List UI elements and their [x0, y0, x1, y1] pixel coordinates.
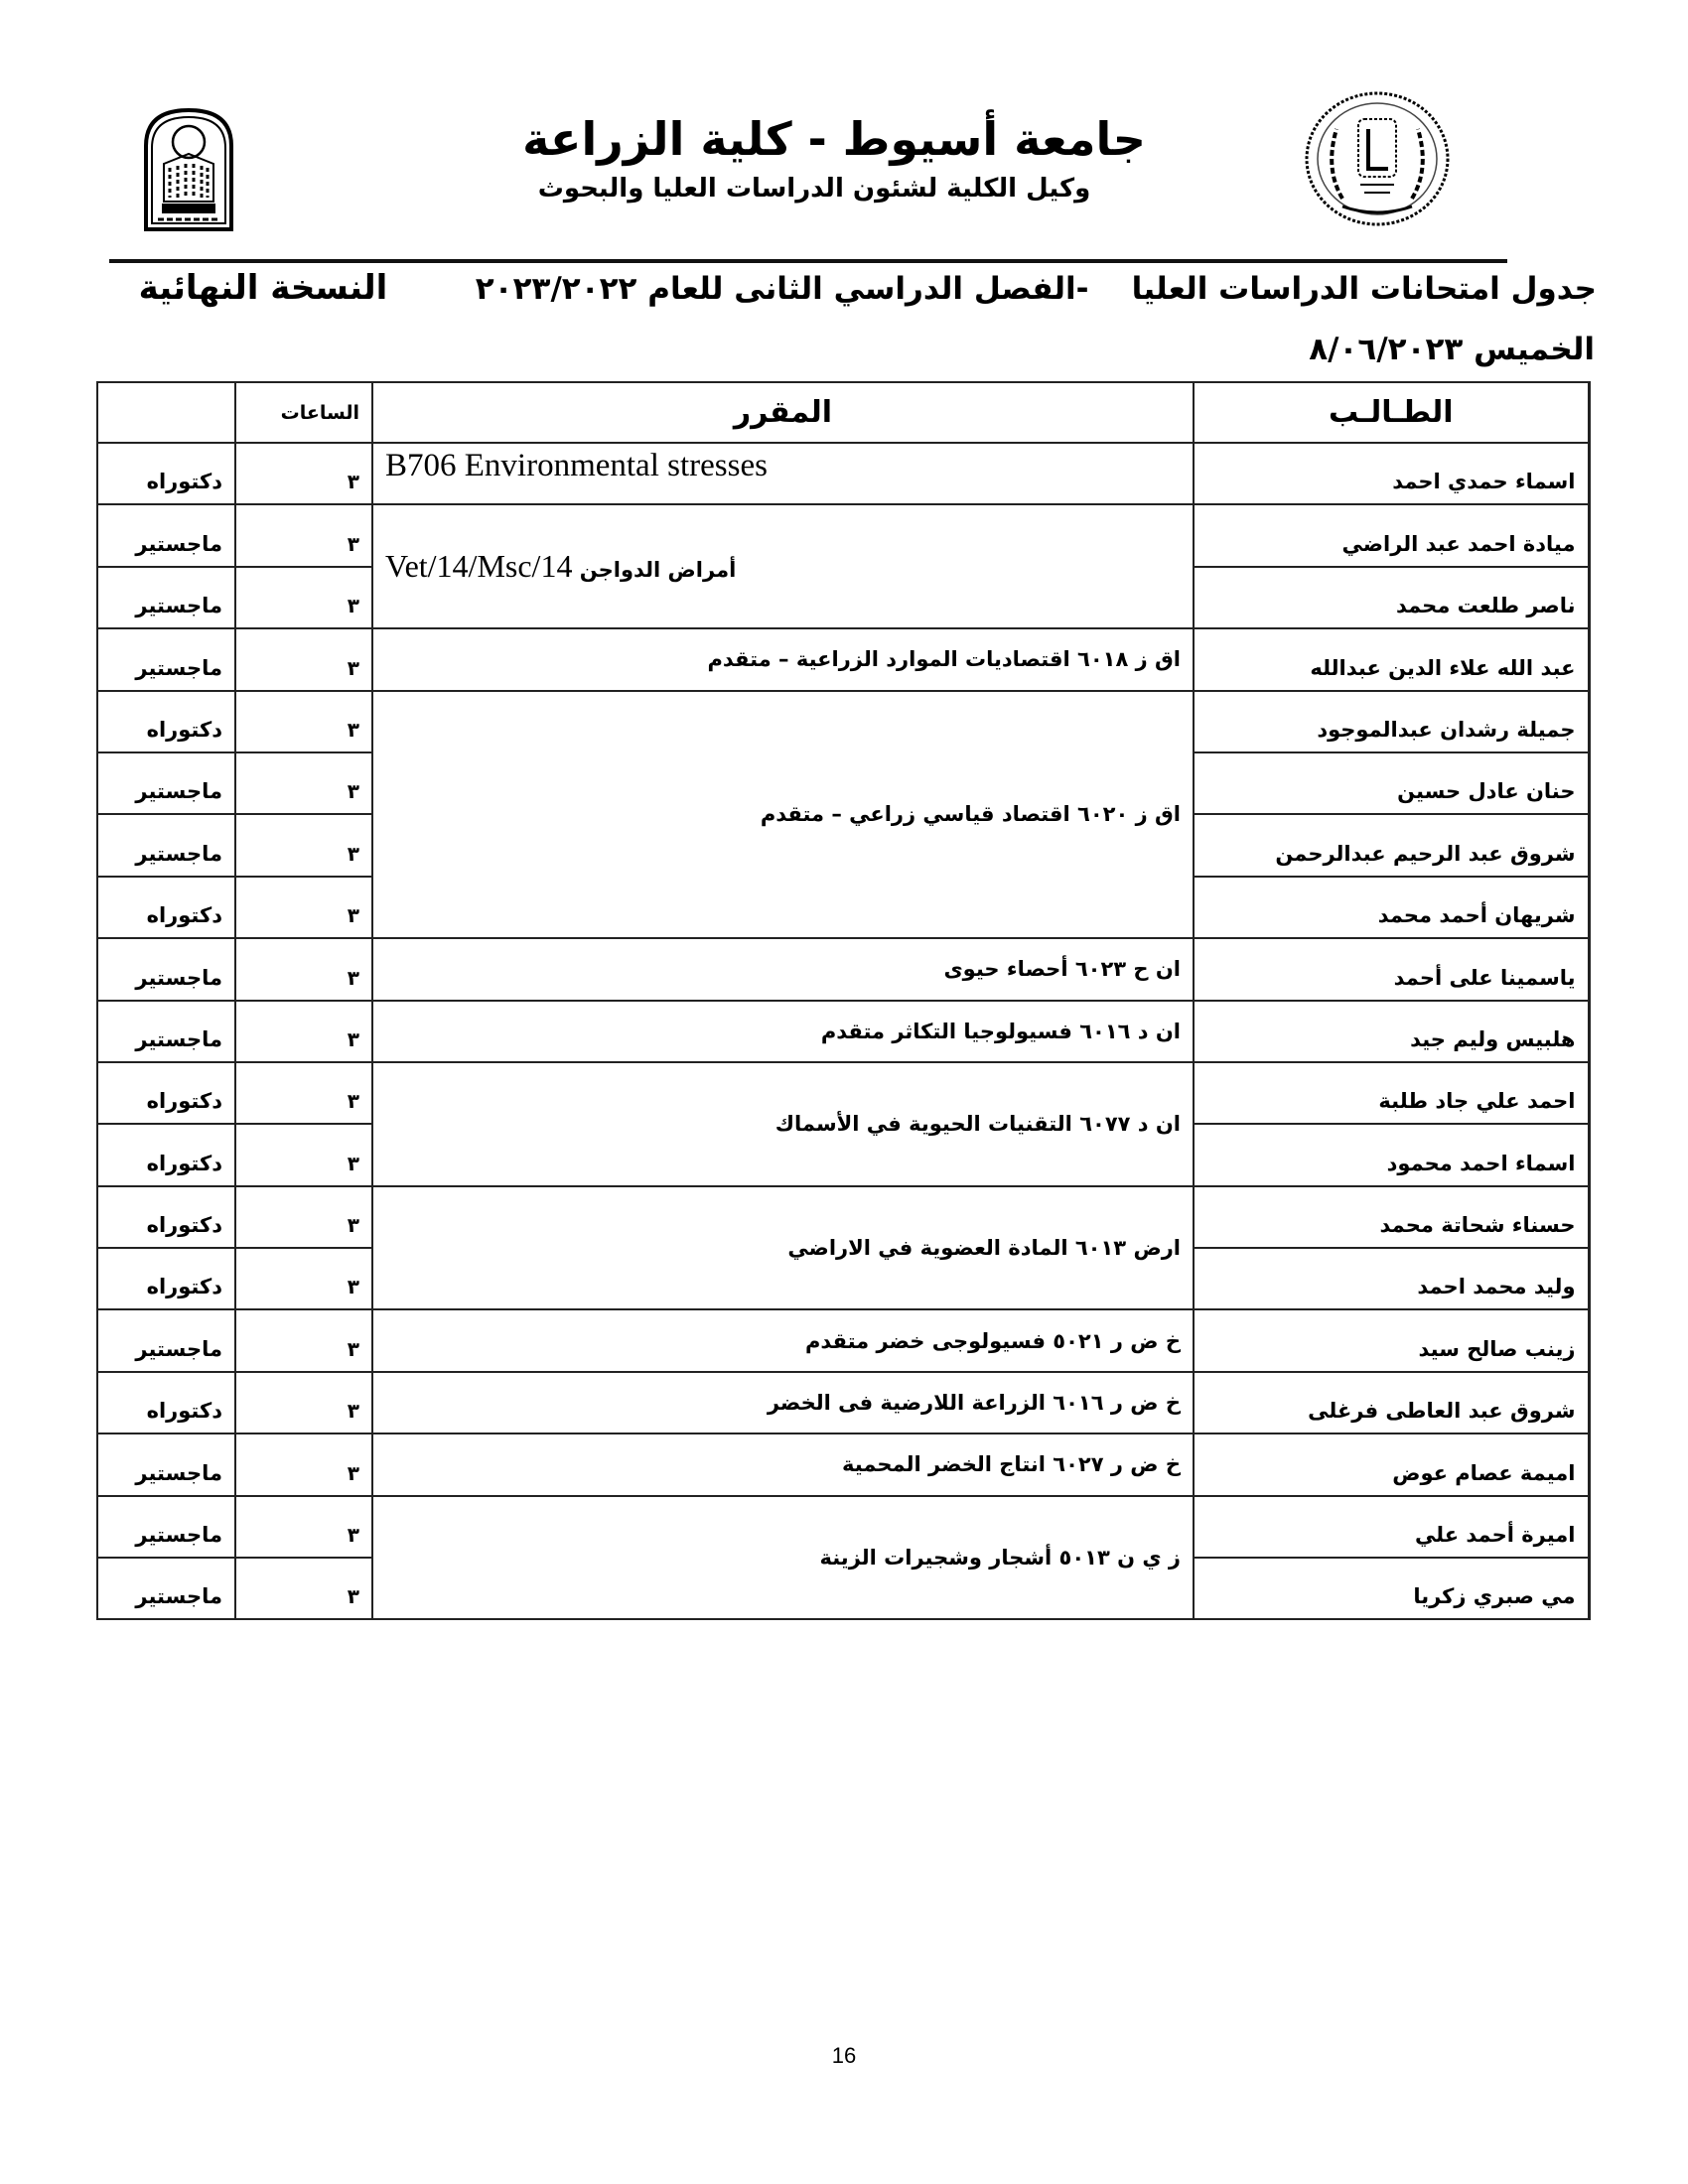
table-row: دكتوراه ٣ B706 Environmental stresses اس…	[97, 443, 1589, 504]
course-cell: ان د ٦٠٧٧ التقنيات الحيوية في الأسماك	[372, 1062, 1194, 1186]
hours-cell: ٣	[235, 628, 372, 690]
course-cell: ان ح ٦٠٢٣ أحصاء حيوى	[372, 938, 1194, 1000]
hours-cell: ٣	[235, 752, 372, 814]
hours-cell: ٣	[235, 1001, 372, 1062]
version-label: النسخة النهائية	[129, 264, 397, 312]
degree-cell: دكتوراه	[97, 877, 235, 938]
hours-cell: ٣	[235, 1062, 372, 1124]
degree-cell: ماجستير	[97, 504, 235, 566]
student-cell: ميادة احمد عبد الراضي	[1194, 504, 1589, 566]
table-row: دكتوراه ٣ اق ز ٦٠٢٠ اقتصاد قياسي زراعي –…	[97, 691, 1589, 752]
student-cell: اميرة أحمد علي	[1194, 1496, 1589, 1558]
course-cell: ان د ٦٠١٦ فسيولوجيا التكاثر متقدم	[372, 1001, 1194, 1062]
hours-cell: ٣	[235, 443, 372, 504]
table-row: ماجستير ٣ خ ض ر ٦٠٢٧ انتاج الخضر المحمية…	[97, 1433, 1589, 1495]
hours-cell: ٣	[235, 1372, 372, 1433]
student-cell: حسناء شحاتة محمد	[1194, 1186, 1589, 1248]
degree-cell: ماجستير	[97, 567, 235, 628]
faculty-emblem-icon	[1303, 89, 1452, 228]
page-number: 16	[814, 2043, 874, 2069]
student-cell: ياسمينا على أحمد	[1194, 938, 1589, 1000]
table-row: ماجستير ٣ ان د ٦٠١٦ فسيولوجيا التكاثر مت…	[97, 1001, 1589, 1062]
course-cell: خ ض ر ٦٠٢٧ انتاج الخضر المحمية	[372, 1433, 1194, 1495]
student-cell: عبد الله علاء الدين عبدالله	[1194, 628, 1589, 690]
degree-cell: ماجستير	[97, 1433, 235, 1495]
hours-cell: ٣	[235, 1558, 372, 1619]
student-cell: شريهان أحمد محمد	[1194, 877, 1589, 938]
table-header-row: الساعات المقرر الطـالـب	[97, 382, 1589, 443]
degree-cell: ماجستير	[97, 1001, 235, 1062]
degree-cell: دكتوراه	[97, 443, 235, 504]
student-cell: اميمة عصام عوض	[1194, 1433, 1589, 1495]
course-cell: B706 Environmental stresses	[372, 443, 1194, 504]
course-cell: ز ي ن ٥٠١٣ أشجار وشجيرات الزينة	[372, 1496, 1194, 1620]
course-cell: Vet/14/Msc/14 أمراض الدواجن	[372, 504, 1194, 628]
degree-cell: دكتوراه	[97, 1062, 235, 1124]
student-cell: احمد علي جاد طلبة	[1194, 1062, 1589, 1124]
table-row: دكتوراه ٣ خ ض ر ٦٠١٦ الزراعة اللارضية فى…	[97, 1372, 1589, 1433]
degree-cell: ماجستير	[97, 628, 235, 690]
degree-cell: ماجستير	[97, 752, 235, 814]
column-header-student: الطـالـب	[1194, 382, 1589, 443]
hours-cell: ٣	[235, 1124, 372, 1185]
degree-cell: دكتوراه	[97, 1248, 235, 1309]
table-row: ماجستير ٣ ان ح ٦٠٢٣ أحصاء حيوى ياسمينا ع…	[97, 938, 1589, 1000]
table-row: ماجستير ٣ ز ي ن ٥٠١٣ أشجار وشجيرات الزين…	[97, 1496, 1589, 1558]
column-header-course: المقرر	[372, 382, 1194, 443]
degree-cell: ماجستير	[97, 1558, 235, 1619]
course-cell: ارض ٦٠١٣ المادة العضوية في الاراضي	[372, 1186, 1194, 1310]
hours-cell: ٣	[235, 1309, 372, 1371]
degree-cell: دكتوراه	[97, 1372, 235, 1433]
degree-cell: دكتوراه	[97, 1186, 235, 1248]
course-cell: اق ز ٦٠٢٠ اقتصاد قياسي زراعي – متقدم	[372, 691, 1194, 939]
hours-cell: ٣	[235, 567, 372, 628]
degree-cell: ماجستير	[97, 1496, 235, 1558]
hours-cell: ٣	[235, 691, 372, 752]
degree-cell: ماجستير	[97, 1309, 235, 1371]
student-cell: شروق عبد العاطى فرغلى	[1194, 1372, 1589, 1433]
student-cell: هلبيس وليم جيد	[1194, 1001, 1589, 1062]
hours-cell: ٣	[235, 938, 372, 1000]
university-seal-icon	[142, 106, 235, 231]
hours-cell: ٣	[235, 1496, 372, 1558]
hours-cell: ٣	[235, 504, 372, 566]
hours-cell: ٣	[235, 1433, 372, 1495]
degree-cell: دكتوراه	[97, 1124, 235, 1185]
course-name: أمراض الدواجن	[580, 558, 737, 582]
exam-schedule-table: الساعات المقرر الطـالـب دكتوراه ٣ B706 E…	[96, 381, 1591, 1620]
student-cell: اسماء احمد محمود	[1194, 1124, 1589, 1185]
schedule-title: جدول امتحانات الدراسات العليا -الفصل الد…	[556, 266, 1597, 312]
student-cell: شروق عبد الرحيم عبدالرحمن	[1194, 814, 1589, 876]
column-header-hours: الساعات	[235, 382, 372, 443]
student-cell: اسماء حمدي احمد	[1194, 443, 1589, 504]
course-cell: خ ض ر ٦٠١٦ الزراعة اللارضية فى الخضر	[372, 1372, 1194, 1433]
course-cell: اق ز ٦٠١٨ اقتصاديات الموارد الزراعية – م…	[372, 628, 1194, 690]
degree-cell: ماجستير	[97, 938, 235, 1000]
hours-cell: ٣	[235, 814, 372, 876]
student-cell: ناصر طلعت محمد	[1194, 567, 1589, 628]
student-cell: حنان عادل حسين	[1194, 752, 1589, 814]
course-cell: خ ض ر ٥٠٢١ فسيولوجى خضر متقدم	[372, 1309, 1194, 1371]
student-cell: زينب صالح سيد	[1194, 1309, 1589, 1371]
table-row: ماجستير ٣ اق ز ٦٠١٨ اقتصاديات الموارد ال…	[97, 628, 1589, 690]
hours-cell: ٣	[235, 1248, 372, 1309]
hours-cell: ٣	[235, 1186, 372, 1248]
student-cell: وليد محمد احمد	[1194, 1248, 1589, 1309]
header-divider	[109, 259, 1507, 263]
column-header-degree	[97, 382, 235, 443]
course-code: Vet/14/Msc/14	[385, 548, 572, 584]
hours-cell: ٣	[235, 877, 372, 938]
table-row: ماجستير ٣ خ ض ر ٥٠٢١ فسيولوجى خضر متقدم …	[97, 1309, 1589, 1371]
table-row: ماجستير ٣ Vet/14/Msc/14 أمراض الدواجن مي…	[97, 504, 1589, 566]
university-title: جامعة أسيوط - كلية الزراعة	[477, 111, 1192, 167]
exam-date: الخميس ٨/٠٦/٢٠٢٣	[1092, 328, 1595, 371]
table-row: دكتوراه ٣ ان د ٦٠٧٧ التقنيات الحيوية في …	[97, 1062, 1589, 1124]
student-cell: جميلة رشدان عبدالموجود	[1194, 691, 1589, 752]
degree-cell: ماجستير	[97, 814, 235, 876]
office-subtitle: وكيل الكلية لشئون الدراسات العليا والبحو…	[496, 171, 1132, 206]
table-row: دكتوراه ٣ ارض ٦٠١٣ المادة العضوية في الا…	[97, 1186, 1589, 1248]
student-cell: مي صبري زكريا	[1194, 1558, 1589, 1619]
degree-cell: دكتوراه	[97, 691, 235, 752]
